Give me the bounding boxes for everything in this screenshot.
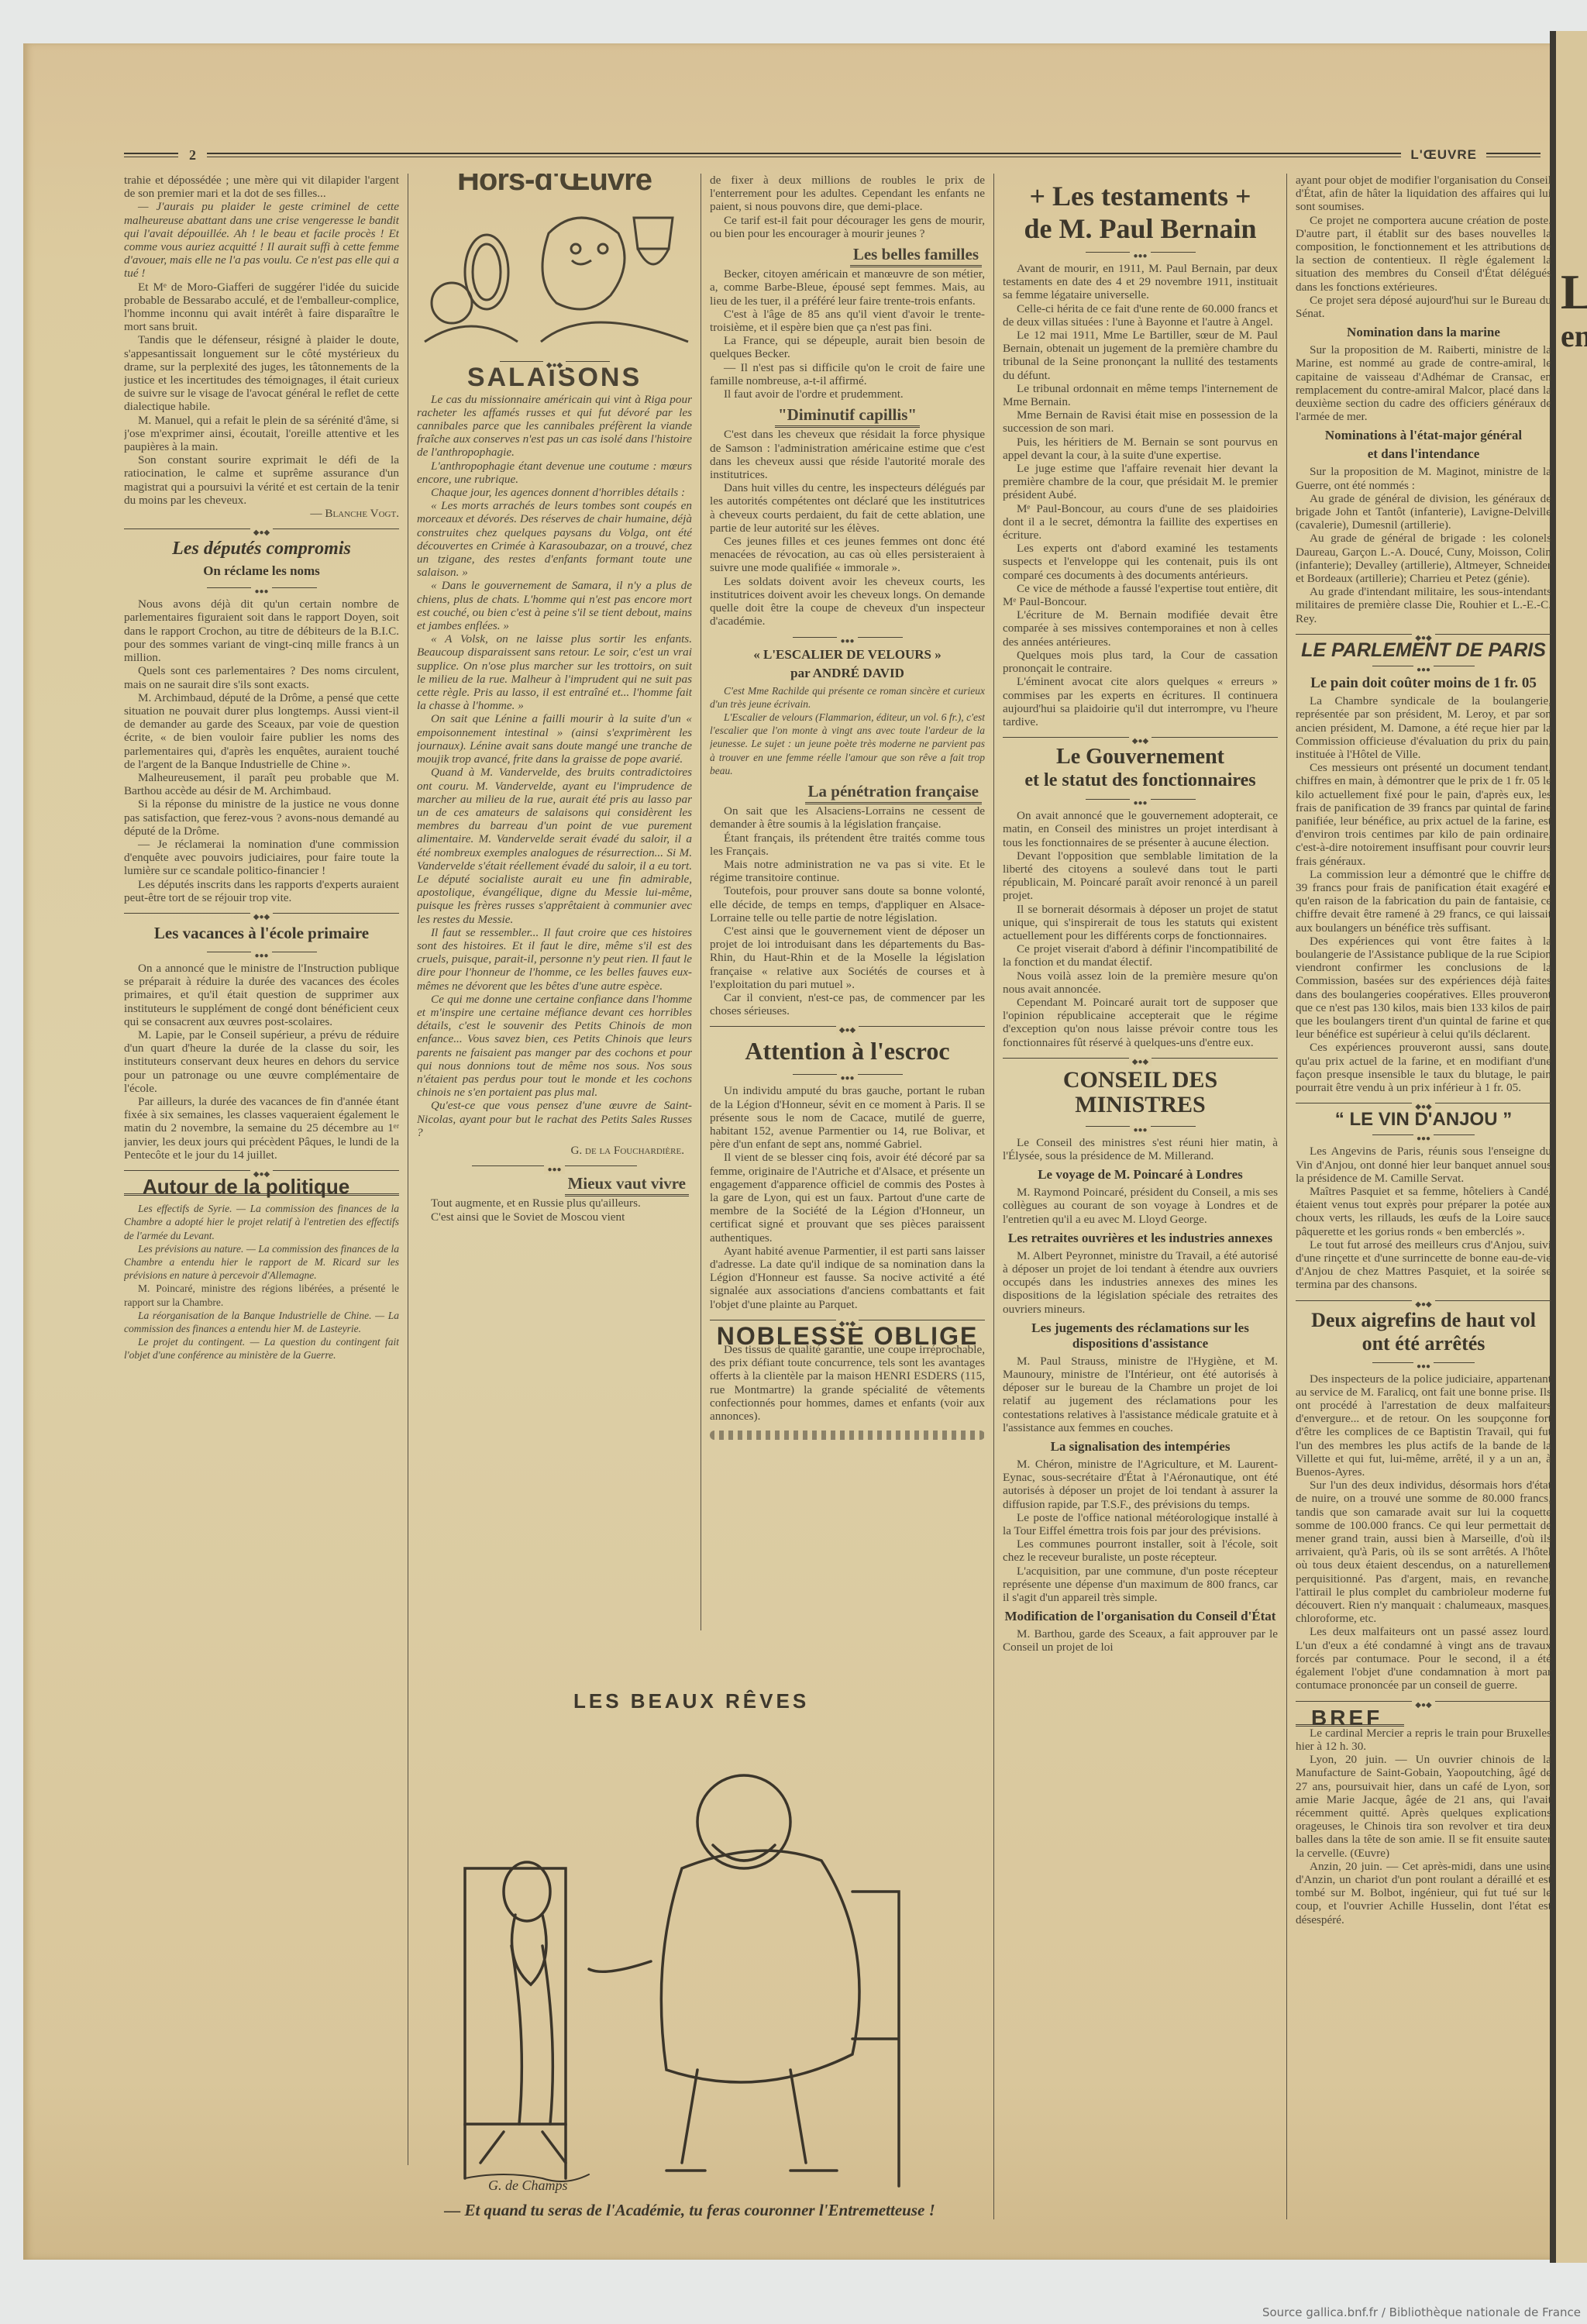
column-rule xyxy=(701,174,701,1630)
paragraph: Ces expériences prouveront aussi, sans d… xyxy=(1296,1041,1551,1094)
paragraph: — Je réclamerai la nomination d'une comm… xyxy=(124,838,399,878)
paragraph: C'est dans les cheveux que résidait la f… xyxy=(710,428,985,481)
paragraph: « A Volsk, on ne laisse plus sortir les … xyxy=(417,632,692,712)
section-subtitle: Modification de l'organisation du Consei… xyxy=(1003,1609,1278,1624)
paragraph: Ce vice de méthode a faussé l'expertise … xyxy=(1003,582,1278,608)
paragraph: On sait que les Alsaciens-Lorrains ne ce… xyxy=(710,804,985,831)
paragraph: Maîtres Pasquiet et sa femme, hôteliers … xyxy=(1296,1185,1551,1238)
paragraph: Ce projet ne comportera aucune création … xyxy=(1296,214,1551,294)
paragraph: M. Manuel, qui a refait le plein de sa s… xyxy=(124,414,399,454)
paragraph: La France, qui se dépeuple, aurait bien … xyxy=(710,334,985,360)
paragraph: L'écriture de M. Bernain modifiée devait… xyxy=(1003,608,1278,649)
paragraph: « Dans le gouvernement de Samara, il n'y… xyxy=(417,579,692,632)
cartoon-caption: — Et quand tu seras de l'Académie, tu fe… xyxy=(418,2201,961,2220)
section-title: "Diminutif capillis" xyxy=(713,408,982,422)
column-rule xyxy=(1286,174,1287,2219)
paragraph: Si la réponse du ministre de la justice … xyxy=(124,797,399,838)
page-number: 2 xyxy=(189,147,196,164)
paragraph: Au grade d'intendant militaire, les sous… xyxy=(1296,585,1551,625)
paragraph: Et Mᵉ de Moro-Giafferi de suggérer l'idé… xyxy=(124,281,399,334)
paragraph: Sur la proposition de M. Maginot, minist… xyxy=(1296,465,1551,491)
paragraph: trahie et dépossédée ; une mère qui vit … xyxy=(124,174,399,200)
paragraph: Tout augmente, et en Russie plus qu'aill… xyxy=(417,1196,692,1210)
paragraph: Les effectifs de Syrie. — La commission … xyxy=(124,1202,399,1242)
section-subtitle: Le voyage de M. Poincaré à Londres xyxy=(1003,1167,1278,1183)
paragraph: M. Poincaré, ministre des régions libéré… xyxy=(124,1282,399,1308)
section-subtitle: Les retraites ouvrières et les industrie… xyxy=(1003,1231,1278,1246)
paragraph: ayant pour objet de modifier l'organisat… xyxy=(1296,174,1551,214)
section-subtitle: Nomination dans la marine xyxy=(1296,325,1551,340)
paragraph: Toutefois, pour prouver sans doute sa bo… xyxy=(710,884,985,924)
paragraph: Des expériences qui vont être faites à l… xyxy=(1296,935,1551,1041)
paragraph: « Les morts arrachés de leurs tombes son… xyxy=(417,499,692,579)
paragraph: Les Angevins de Paris, réunis sous l'ens… xyxy=(1296,1145,1551,1185)
section-subtitle: La signalisation des intempéries xyxy=(1003,1439,1278,1455)
trial-report-continuation: trahie et dépossédée ; une mère qui vit … xyxy=(124,174,399,520)
paragraph: Le Conseil des ministres s'est réuni hie… xyxy=(1003,1136,1278,1162)
column-3: de fixer à deux millions de roubles le p… xyxy=(710,174,985,1646)
paragraph: Les communes pourront installer, soit à … xyxy=(1003,1537,1278,1564)
paragraph: L'éminent avocat cite alors quelques « e… xyxy=(1003,675,1278,728)
paragraph: Il vient de se blesser cinq fois, avoir … xyxy=(710,1151,985,1244)
paragraph: Son constant sourire exprimait le défi d… xyxy=(124,453,399,507)
column-rule xyxy=(993,174,994,2219)
section-subtitle-line2: et dans l'intendance xyxy=(1296,446,1551,462)
paragraph: M. Lapie, par le Conseil supérieur, a pr… xyxy=(124,1028,399,1095)
paragraph: Sur l'un des deux individus, désormais h… xyxy=(1296,1479,1551,1625)
section-title: La pénétration française xyxy=(713,785,982,798)
paragraph: L'acquisition, par une commune, d'un pos… xyxy=(1003,1565,1278,1605)
paragraph: M. Archimbaud, député de la Drôme, a pen… xyxy=(124,691,399,771)
article-title-line2: ont été arrêtés xyxy=(1296,1334,1551,1354)
paragraph: On avait annoncé que le gouvernement ado… xyxy=(1003,809,1278,849)
paragraph: Les députés inscrits dans les rapports d… xyxy=(124,878,399,904)
mieux-vaut-vivre-title: Mieux vaut vivre xyxy=(565,1174,689,1196)
paragraph: Lyon, 20 juin. — Un ouvrier chinois de l… xyxy=(1296,1753,1551,1860)
paragraph: M. Barthou, garde des Sceaux, a fait app… xyxy=(1003,1627,1278,1654)
paragraph: Mme Bernain de Ravisi était mise en poss… xyxy=(1003,408,1278,435)
paragraph: Les prévisions au nature. — La commissio… xyxy=(124,1242,399,1283)
hors-doeuvre-title: Hors-d'Œuvre xyxy=(417,174,692,187)
column-5: ayant pour objet de modifier l'organisat… xyxy=(1296,174,1551,2219)
section-title: Mieux vaut vivre xyxy=(420,1177,689,1190)
paragraph: Par ailleurs, la durée des vacances de f… xyxy=(124,1095,399,1162)
paragraph: Tandis que le défenseur, résigné à plaid… xyxy=(124,333,399,413)
paragraph: La Chambre syndicale de la boulangerie, … xyxy=(1296,694,1551,761)
paragraph: Le tout fut arrosé des meilleurs crus d'… xyxy=(1296,1238,1551,1292)
article-politique: Autour de la politique Les effectifs de … xyxy=(124,1180,399,1362)
paragraph: M. Raymond Poincaré, président du Consei… xyxy=(1003,1186,1278,1226)
article-title-line2: et le statut des fonctionnaires xyxy=(1003,770,1278,790)
article-vacances: Les vacances à l'école primaire ●●● On a… xyxy=(124,923,399,1162)
paragraph: Ce qui me donne une certaine confiance d… xyxy=(417,993,692,1100)
section-subtitle: Les jugements des réclamations sur les d… xyxy=(1003,1320,1278,1351)
paragraph: L'anthropophagie étant devenue une coutu… xyxy=(417,460,692,486)
article-title: Le Gouvernement xyxy=(1003,747,1278,767)
cartoon-artist-signature: G. de Champs xyxy=(488,2178,568,2193)
paragraph: La commission leur a démontré que le chi… xyxy=(1296,868,1551,935)
paragraph: — Il n'est pas si difficile qu'on le cro… xyxy=(710,361,985,387)
paragraph: Le 12 mai 1911, Mme Le Bartiller, sœur d… xyxy=(1003,329,1278,382)
column-4: + Les testaments + de M. Paul Bernain ●●… xyxy=(1003,174,1278,2219)
paragraph: Les deux malfaiteurs ont un passé assez … xyxy=(1296,1625,1551,1692)
belles-familles-title: Les belles familles xyxy=(850,245,982,267)
paragraph: Mᵉ Paul-Boncour, au cours d'une de ses p… xyxy=(1003,502,1278,542)
paragraph: Les soldats doivent avoir les cheveux co… xyxy=(710,575,985,628)
paragraph: Ce projet sera déposé aujourd'hui sur le… xyxy=(1296,294,1551,320)
paragraph: On sait que Lénine a failli mourir à la … xyxy=(417,712,692,766)
section-subtitle: Nominations à l'état-major général xyxy=(1296,428,1551,443)
article-title: Les députés compromis xyxy=(124,539,399,559)
article-title-line2: de M. Paul Bernain xyxy=(1003,214,1278,243)
paragraph: L'Escalier de velours (Flammarion, édite… xyxy=(710,711,985,777)
source-credit: Source gallica.bnf.fr / Bibliothèque nat… xyxy=(1262,2305,1581,2319)
paragraph: Au grade de général de brigade : les col… xyxy=(1296,532,1551,585)
paragraph: M. Albert Peyronnet, ministre du Travail… xyxy=(1003,1249,1278,1316)
paragraph: C'est ainsi que le Soviet de Moscou vien… xyxy=(417,1210,692,1224)
paragraph: Il se bornerait désormais à déposer un p… xyxy=(1003,903,1278,943)
adjacent-page-fragment: L' xyxy=(1561,263,1587,321)
paragraph: Des inspecteurs de la police judiciaire,… xyxy=(1296,1372,1551,1479)
paragraph: M. Paul Strauss, ministre de l'Hygiène, … xyxy=(1003,1355,1278,1434)
paragraph: Il faut avoir de l'ordre et prudemment. xyxy=(710,387,985,401)
article-title: BREF xyxy=(1296,1711,1404,1727)
paragraph: Un individu amputé du bras gauche, porta… xyxy=(710,1084,985,1151)
paragraph: Nous avons déjà dit qu'un certain nombre… xyxy=(124,597,399,664)
chronicle-salaisons: Le cas du missionnaire américain qui vin… xyxy=(417,393,692,1139)
article-title: Attention à l'escroc xyxy=(710,1036,985,1066)
paragraph: Puis, les héritiers de M. Bernain se son… xyxy=(1003,436,1278,462)
paragraph: On a annoncé que le ministre de l'Instru… xyxy=(124,962,399,1028)
paragraph: Le cas du missionnaire américain qui vin… xyxy=(417,393,692,460)
paragraph: Car il convient, n'est-ce pas, de commen… xyxy=(710,991,985,1017)
article-title: + Les testaments + xyxy=(1003,181,1278,211)
paragraph: Anzin, 20 juin. — Cet après-midi, dans u… xyxy=(1296,1860,1551,1926)
chronicle-title: SALAISONS xyxy=(417,371,692,384)
cartoon-illustration: G. de Champs xyxy=(418,1713,961,2194)
paragraph: Au grade de général de division, les gén… xyxy=(1296,492,1551,532)
paragraph: M. Chéron, ministre de l'Agriculture, et… xyxy=(1003,1458,1278,1511)
adjacent-page-edge: L' en xyxy=(1550,31,1587,2263)
cartoon-les-beaux-reves: LES BEAUX RÊVES xyxy=(418,1689,961,2232)
column-1: trahie et dépossédée ; une mère qui vit … xyxy=(124,174,399,2157)
running-head: 2 L'ŒUVRE xyxy=(124,147,1541,163)
paragraph: Mais notre administration ne va pas si v… xyxy=(710,858,985,884)
paragraph: Le juge estime que l'affaire revenait hi… xyxy=(1003,462,1278,502)
paragraph: Le tribunal ordonnait en même temps l'in… xyxy=(1003,382,1278,408)
paragraph: Étant français, ils prétendent être trai… xyxy=(710,831,985,858)
author-signature: G. de la Fouchardière. xyxy=(425,1144,684,1157)
paragraph: La réorganisation de la Banque Industrie… xyxy=(124,1309,399,1335)
paragraph: — J'aurais pu plaider le geste criminel … xyxy=(124,200,399,280)
advert-title: NOBLESSE OBLIGE xyxy=(710,1330,985,1343)
adjacent-page-fragment: en xyxy=(1561,318,1587,354)
paragraph: Le poste de l'office national météorolog… xyxy=(1003,1511,1278,1537)
diminutif-title: "Diminutif capillis" xyxy=(775,405,920,428)
paragraph: C'est Mme Rachilde qui présente ce roman… xyxy=(710,684,985,711)
paragraph: Le projet du contingent. — La question d… xyxy=(124,1335,399,1362)
book-review-author: par ANDRÉ DAVID xyxy=(710,666,985,681)
paragraph: Les experts ont d'abord examiné les test… xyxy=(1003,542,1278,582)
article-title: Autour de la politique xyxy=(124,1180,399,1196)
paper-name: L'ŒUVRE xyxy=(1410,147,1477,163)
paragraph: Qu'est-ce que vous pensez d'une œuvre de… xyxy=(417,1099,692,1139)
article-title: LE PARLEMENT DE PARIS xyxy=(1296,644,1551,657)
paragraph: Ces messieurs ont présenté un document t… xyxy=(1296,761,1551,868)
article-title: CONSEIL DES MINISTRES xyxy=(1003,1068,1278,1117)
paragraph: Dans huit villes du centre, les inspecte… xyxy=(710,481,985,535)
paragraph: Ces jeunes filles et ces jeunes femmes o… xyxy=(710,535,985,575)
paragraph: Chaque jour, les agences donnent d'horri… xyxy=(417,486,692,499)
article-deputes: Les députés compromis On réclame les nom… xyxy=(124,539,399,904)
paragraph: Quand à M. Vandervelde, des bruits contr… xyxy=(417,766,692,925)
wavy-rule xyxy=(710,1431,985,1440)
column-2: Hors-d'Œuvre ◆●◆ SALAISONS Le cas du mis… xyxy=(417,174,692,1630)
cartoon-title: LES BEAUX RÊVES xyxy=(418,1689,961,1713)
paragraph: Quels sont ces parlementaires ? Des noms… xyxy=(124,664,399,690)
paragraph: Quelques mois plus tard, la Cour de cass… xyxy=(1003,649,1278,675)
paragraph: Celle-ci hérita de ce fait d'une rente d… xyxy=(1003,302,1278,329)
paragraph: Ce projet viserait d'abord à définir l'i… xyxy=(1003,942,1278,969)
paragraph: Devant l'opposition que semblable limita… xyxy=(1003,849,1278,903)
article-subtitle: On réclame les noms xyxy=(124,563,399,579)
author-signature: — Blanche Vogt. xyxy=(124,507,399,520)
paragraph: C'est ainsi que le gouvernement vient de… xyxy=(710,924,985,991)
paragraph: Ce tarif est-il fait pour décourager les… xyxy=(710,214,985,240)
article-title: Deux aigrefins de haut vol xyxy=(1296,1310,1551,1331)
advert-text: Des tissus de qualité garantie, une coup… xyxy=(710,1343,985,1423)
paragraph: Becker, citoyen américain et manœuvre de… xyxy=(710,267,985,308)
article-title: “ LE VIN D'ANJOU ” xyxy=(1296,1113,1551,1126)
section-title: Les belles familles xyxy=(713,248,982,261)
article-title: Les vacances à l'école primaire xyxy=(124,923,399,943)
paragraph: Cependant M. Poincaré aurait tort de sup… xyxy=(1003,996,1278,1049)
hors-doeuvre-illustration xyxy=(417,187,692,349)
paragraph: Sur la proposition de M. Raiberti, minis… xyxy=(1296,343,1551,423)
paragraph: Nous voilà assez loin de la première mes… xyxy=(1003,969,1278,996)
book-review-title: « L'ESCALIER DE VELOURS » xyxy=(710,647,985,663)
paragraph: Avant de mourir, en 1911, M. Paul Bernai… xyxy=(1003,262,1278,302)
paragraph: C'est à l'âge de 85 ans qu'il vient d'av… xyxy=(710,308,985,334)
paragraph: Malheureusement, il paraît peu probable … xyxy=(124,771,399,797)
hors-doeuvre-header: Hors-d'Œuvre ◆●◆ SALAISONS xyxy=(417,174,692,385)
paragraph: Le cardinal Mercier a repris le train po… xyxy=(1296,1727,1551,1753)
penetration-title: La pénétration française xyxy=(805,782,982,804)
paragraph: de fixer à deux millions de roubles le p… xyxy=(710,174,985,214)
paragraph: Il faut se ressembler... Il faut croire … xyxy=(417,926,692,993)
paragraph: Ayant habité avenue Parmentier, il est p… xyxy=(710,1245,985,1311)
article-subtitle: Le pain doit coûter moins de 1 fr. 05 xyxy=(1296,676,1551,691)
column-rule xyxy=(408,174,408,2165)
